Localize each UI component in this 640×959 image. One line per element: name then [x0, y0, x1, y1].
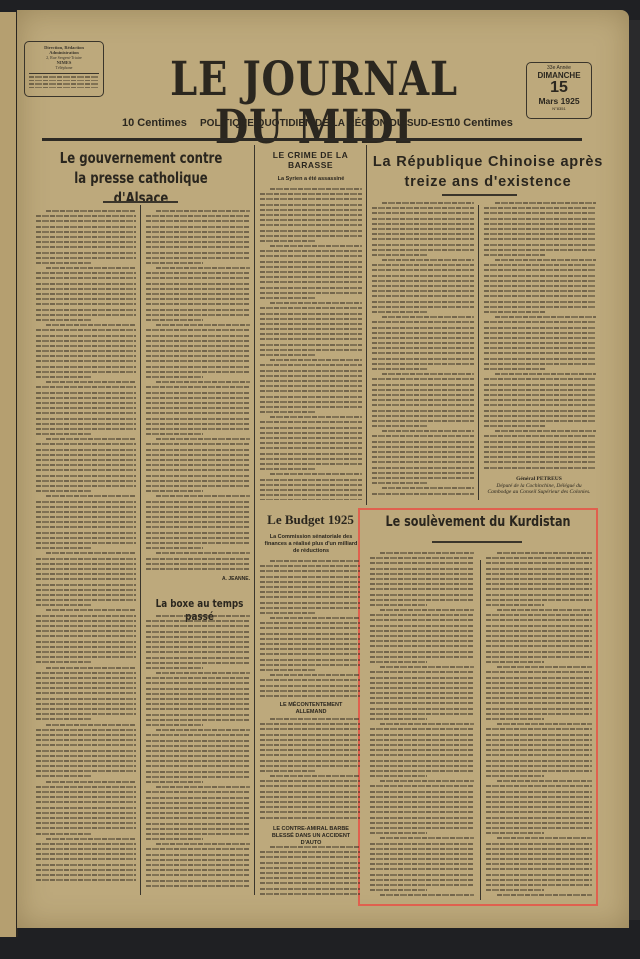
text-line [36, 703, 136, 705]
text-line [36, 231, 136, 233]
text-line [260, 882, 360, 884]
text-line [36, 449, 136, 451]
text-line [260, 679, 360, 681]
article-body [146, 210, 250, 572]
article-body [146, 615, 250, 895]
text-line [36, 739, 136, 741]
text-line [382, 316, 474, 318]
text-line [382, 373, 474, 375]
text-line [146, 412, 250, 414]
text-line [146, 765, 250, 767]
headline-contre-amiral: LE CONTRE-AMIRAL BARBE BLESSÉ DANS UN AC… [265, 826, 357, 847]
text-line [370, 661, 427, 663]
text-line [484, 244, 596, 246]
text-line [36, 293, 136, 295]
text-line [46, 267, 136, 269]
text-line [372, 472, 474, 474]
text-line [260, 669, 315, 671]
text-line [146, 657, 250, 659]
text-line [486, 765, 592, 767]
text-line [146, 558, 250, 560]
text-line [36, 869, 136, 871]
text-line [36, 713, 136, 715]
text-line [486, 858, 592, 860]
text-line [497, 837, 592, 839]
text-line [36, 833, 91, 835]
article-body [372, 202, 474, 498]
text-line [486, 635, 592, 637]
text-line [146, 750, 250, 752]
text-line [260, 458, 362, 460]
text-line [146, 625, 250, 627]
text-line [36, 454, 136, 456]
column-divider [478, 205, 479, 500]
text-line [484, 415, 596, 417]
text-line [260, 877, 360, 879]
text-line [270, 560, 360, 562]
text-line [36, 646, 136, 648]
text-line [146, 682, 250, 684]
text-line [486, 775, 544, 777]
text-line [484, 254, 546, 256]
text-line [486, 687, 592, 689]
text-line [36, 392, 136, 394]
text-line [36, 791, 136, 793]
text-line [370, 843, 474, 845]
text-line [370, 583, 474, 585]
text-line [146, 745, 250, 747]
text-line [260, 406, 362, 408]
price-right: 10 Centimes [448, 117, 513, 129]
text-line [270, 302, 362, 304]
text-line [36, 594, 136, 596]
text-line [372, 244, 474, 246]
text-line [36, 340, 136, 342]
text-line [260, 396, 362, 398]
text-line [36, 578, 136, 580]
text-line [370, 822, 474, 824]
text-line [146, 283, 250, 285]
text-line [495, 202, 596, 204]
text-line [260, 209, 362, 211]
text-line [497, 609, 592, 611]
text-line [497, 666, 592, 668]
text-line [372, 212, 474, 214]
masthead-rule [42, 138, 582, 141]
text-line [156, 552, 250, 554]
text-line [146, 724, 203, 726]
text-line [370, 765, 474, 767]
text-line [486, 806, 592, 808]
text-line [260, 723, 360, 725]
text-line [146, 454, 250, 456]
text-line [484, 207, 596, 209]
text-line [370, 645, 474, 647]
text-line [260, 817, 360, 819]
text-line [36, 864, 136, 866]
text-line [36, 345, 136, 347]
text-line [486, 874, 592, 876]
text-line [36, 874, 136, 876]
text-line [260, 489, 362, 491]
text-line [36, 801, 136, 803]
text-line [36, 257, 136, 259]
text-line [372, 394, 474, 396]
text-line [370, 853, 474, 855]
text-line [36, 537, 136, 539]
text-line [370, 884, 474, 886]
text-line [370, 718, 427, 720]
text-line [486, 671, 592, 673]
text-line [260, 685, 360, 687]
text-line [146, 376, 203, 378]
text-line [260, 276, 362, 278]
text-line [260, 565, 360, 567]
text-line [146, 475, 250, 477]
text-line [495, 430, 596, 432]
text-line [36, 501, 136, 503]
text-line [36, 879, 136, 881]
text-line [146, 828, 250, 830]
text-line [497, 723, 592, 725]
text-line [260, 749, 360, 751]
text-line [260, 390, 362, 392]
text-line [36, 744, 136, 746]
text-line [146, 817, 250, 819]
text-line [380, 837, 474, 839]
text-line [497, 552, 592, 554]
text-line [146, 708, 250, 710]
text-line [370, 604, 427, 606]
text-line [46, 381, 136, 383]
text-line [370, 619, 474, 621]
text-line [146, 298, 250, 300]
date-box: 33e Année DIMANCHE 15 Mars 1925 N°8351 [526, 62, 592, 119]
text-line [372, 275, 474, 277]
text-line [486, 578, 592, 580]
text-line [36, 459, 136, 461]
text-line [372, 451, 474, 453]
text-line [372, 285, 474, 287]
text-line [484, 212, 596, 214]
text-line [370, 713, 474, 715]
text-line [370, 785, 474, 787]
text-line [46, 667, 136, 669]
text-line [36, 335, 136, 337]
text-line [486, 619, 592, 621]
text-line [146, 714, 250, 716]
text-line [146, 360, 250, 362]
text-line [484, 275, 596, 277]
text-line [146, 526, 250, 528]
text-line [36, 547, 91, 549]
text-line [372, 238, 474, 240]
text-line [36, 692, 136, 694]
text-line [146, 386, 250, 388]
text-line [156, 210, 250, 212]
text-line [260, 442, 362, 444]
text-line [36, 542, 136, 544]
text-line [260, 224, 362, 226]
text-line [146, 812, 250, 814]
text-line [36, 651, 136, 653]
headline-gouvernement: Le gouvernement contre la presse catholi… [56, 148, 226, 208]
headline-budget: Le Budget 1925 [258, 512, 363, 528]
text-line [260, 760, 360, 762]
headline-divider [442, 194, 517, 196]
text-line [370, 562, 474, 564]
text-line [484, 456, 596, 458]
text-line [370, 573, 474, 575]
text-line [372, 280, 474, 282]
text-line [486, 625, 592, 627]
text-line [484, 295, 596, 297]
text-line [260, 591, 360, 593]
text-line [370, 630, 474, 632]
text-line [486, 770, 592, 772]
text-line [146, 719, 250, 721]
text-line [260, 240, 316, 242]
text-line [260, 328, 362, 330]
text-line [486, 853, 592, 855]
subhead-crime: La Syrien a été assassiné [262, 176, 360, 183]
text-line [36, 568, 136, 570]
text-line [36, 708, 136, 710]
text-line [260, 432, 362, 434]
text-line [260, 622, 360, 624]
text-line [36, 443, 136, 445]
text-line [146, 833, 250, 835]
text-line [146, 516, 250, 518]
text-line [260, 364, 362, 366]
text-line [146, 781, 203, 783]
text-line [484, 394, 596, 396]
text-line [46, 781, 136, 783]
text-line [370, 728, 474, 730]
text-line [484, 337, 596, 339]
text-line [484, 425, 546, 427]
text-line [372, 368, 428, 370]
text-line [484, 249, 596, 251]
text-line [484, 238, 596, 240]
text-line [36, 750, 136, 752]
text-line [146, 407, 250, 409]
text-line [260, 754, 360, 756]
text-line [36, 682, 136, 684]
text-line [484, 441, 596, 443]
text-line [372, 311, 428, 313]
text-line [146, 771, 250, 773]
text-line [156, 786, 250, 788]
text-line [46, 438, 136, 440]
text-line [486, 651, 592, 653]
text-line [486, 702, 592, 704]
text-line [36, 656, 136, 658]
text-line [36, 521, 136, 523]
text-line [270, 245, 362, 247]
text-line [370, 801, 474, 803]
text-line [486, 718, 544, 720]
text-line [486, 791, 592, 793]
text-line [146, 236, 250, 238]
text-line [146, 485, 250, 487]
text-line [484, 285, 596, 287]
text-line [486, 796, 592, 798]
text-line [36, 272, 136, 274]
text-line [372, 321, 474, 323]
address-box: Direction, Rédaction Administration 2, R… [24, 41, 104, 97]
text-line [36, 423, 136, 425]
text-line [36, 677, 136, 679]
text-line [372, 461, 474, 463]
headline-mecontentement: LE MÉCONTENTEMENT ALLEMAND [265, 702, 357, 716]
text-line [497, 894, 592, 896]
text-line [36, 672, 136, 674]
text-line [36, 661, 91, 663]
text-line [486, 594, 592, 596]
headline-crime: LE CRIME DE LA BARASSE [258, 150, 363, 170]
price-left: 10 Centimes [122, 117, 187, 129]
text-line [146, 521, 250, 523]
text-line [260, 612, 315, 614]
text-line [484, 228, 596, 230]
text-line [36, 236, 136, 238]
text-line [36, 402, 136, 404]
text-line [146, 345, 250, 347]
text-line [36, 786, 136, 788]
text-line [372, 415, 474, 417]
text-line [146, 791, 250, 793]
text-line [260, 791, 360, 793]
text-line [36, 412, 136, 414]
text-line [146, 319, 203, 321]
text-line [146, 662, 250, 664]
text-line [46, 324, 136, 326]
text-line [372, 399, 474, 401]
text-line [484, 290, 596, 292]
text-line [146, 698, 250, 700]
text-line [146, 428, 250, 430]
text-line [260, 313, 362, 315]
text-line [146, 480, 250, 482]
text-line [370, 682, 474, 684]
text-line [260, 867, 360, 869]
text-line [486, 879, 592, 881]
text-line [370, 827, 474, 829]
text-line [484, 233, 596, 235]
text-line [486, 863, 592, 865]
text-line [260, 780, 360, 782]
text-line [260, 638, 360, 640]
text-line [260, 648, 360, 650]
text-line [36, 698, 136, 700]
text-line [486, 599, 592, 601]
text-line [260, 806, 360, 808]
text-line [270, 718, 360, 720]
text-line [146, 693, 250, 695]
text-line [260, 690, 360, 692]
text-line [36, 485, 136, 487]
text-line [486, 692, 592, 694]
text-line [484, 358, 596, 360]
text-line [146, 371, 250, 373]
text-line [484, 410, 596, 412]
text-line [156, 672, 250, 674]
text-line [260, 494, 362, 496]
text-line [36, 765, 136, 767]
signature-gouvernement: A. JEANNE. [150, 576, 250, 582]
text-line [370, 796, 474, 798]
text-line [370, 734, 474, 736]
address-line: Téléphone [25, 65, 103, 70]
text-line [486, 630, 592, 632]
text-line [46, 552, 136, 554]
text-line [484, 332, 596, 334]
text-line [260, 734, 360, 736]
text-line [146, 231, 250, 233]
text-line [36, 262, 91, 264]
day-number: 15 [527, 80, 591, 96]
text-line [146, 262, 203, 264]
text-line [495, 259, 596, 261]
text-line [372, 493, 474, 495]
text-line [146, 459, 250, 461]
text-line [260, 318, 362, 320]
text-line [486, 884, 592, 886]
text-line [146, 257, 250, 259]
text-line [370, 599, 474, 601]
text-line [36, 687, 136, 689]
text-line [36, 604, 91, 606]
text-line [260, 370, 362, 372]
text-line [146, 667, 203, 669]
text-line [260, 385, 362, 387]
text-line [486, 754, 592, 756]
text-line [36, 283, 136, 285]
text-line [260, 411, 316, 413]
text-line [260, 453, 362, 455]
text-line [372, 207, 474, 209]
text-line [260, 872, 360, 874]
text-line [486, 728, 592, 730]
text-line [146, 241, 250, 243]
text-line [486, 656, 592, 658]
text-line [146, 469, 250, 471]
text-line [146, 859, 250, 861]
text-line [260, 344, 362, 346]
text-line [260, 811, 360, 813]
text-line [372, 425, 428, 427]
text-line [260, 596, 360, 598]
scan-border [629, 20, 640, 920]
text-line [372, 228, 474, 230]
text-line [486, 713, 592, 715]
text-line [260, 627, 360, 629]
text-line [146, 397, 250, 399]
signature-note: Député de la Cochinchine, Délégué du Cam… [484, 483, 594, 496]
text-line [36, 298, 136, 300]
text-line [370, 863, 474, 865]
text-line [370, 697, 474, 699]
text-line [36, 277, 136, 279]
text-line [36, 397, 136, 399]
text-line [36, 386, 136, 388]
text-line [146, 418, 250, 420]
text-line [36, 796, 136, 798]
text-line [146, 760, 250, 762]
text-line [260, 602, 360, 604]
text-line [370, 775, 427, 777]
